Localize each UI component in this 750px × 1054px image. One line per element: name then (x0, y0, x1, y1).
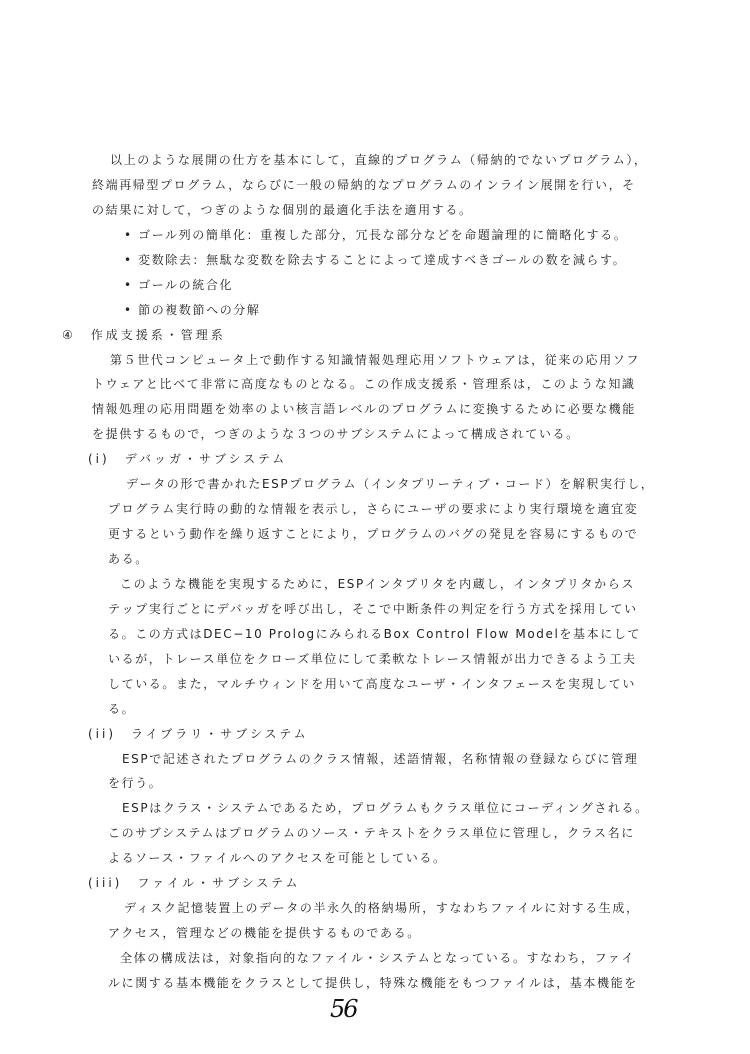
text-line: よるソース・ファイルへのアクセスを可能としている。 (108, 850, 447, 866)
text-line: 第５世代コンピュータ上で動作する知識情報処理応用ソフトウェアは，従来の応用ソフ (110, 352, 640, 368)
text-line: ルに関する基本機能をクラスとして提供し，特殊な機能をもつファイルは，基本機能を (108, 975, 638, 991)
section-heading: (iii) ファイル・サブシステム (88, 875, 300, 891)
text-line: 全体の構成法は，対象指向的なファイル・システムとなっている。すなわち，ファイ (120, 950, 635, 966)
text-line: プログラム実行時の動的な情報を表示し，さらにユーザの要求により実行環境を適宜変 (108, 501, 638, 517)
document-page: 以上のような展開の仕方を基本にして，直線的プログラム（帰納的でないプログラム），… (0, 0, 750, 1054)
text-line: る。この方式はDEC−10 PrologにみられるBox Control Flo… (108, 626, 641, 642)
text-line: データの形で書かれたESPプログラム（インタプリーティブ・コード）を解釈実行し， (126, 476, 654, 492)
section-heading: ④ 作成支援系・管理系 (62, 327, 226, 343)
text-line: ESPで記述されたプログラムのクラス情報，述語情報，名称情報の登録ならびに管理 (122, 751, 638, 767)
text-line: いるが，トレース単位をクローズ単位にして柔軟なトレース情報が出力できるよう工夫 (108, 651, 637, 667)
text-line: • ゴール列の簡単化：重複した部分，冗長な部分などを命題論理的に簡略化する。 (124, 227, 627, 243)
text-line: テップ実行ごとにデバッガを呼び出し，そこで中断条件の判定を行う方式を採用してい (108, 601, 638, 617)
text-line: 以上のような展開の仕方を基本にして，直線的プログラム（帰納的でないプログラム）， (110, 152, 648, 168)
text-line: を行う。 (108, 775, 162, 791)
text-line: 終端再帰型プログラム，ならびに一般の帰納的なプログラムのインライン展開を行い，そ (92, 177, 636, 193)
text-line: を提供するもので，つぎのような３つのサブシステムによって構成されている。 (92, 426, 580, 442)
section-heading: (ii) ライブラリ・サブシステム (88, 726, 309, 742)
text-line: • ゴールの統合化 (124, 277, 233, 293)
text-line: ある。 (108, 551, 149, 567)
text-line: 情報処理の応用問題を効率のよい核言語レベルのプログラムに変換するために必要な機能 (92, 401, 636, 417)
text-line: 更するという動作を繰り返すことにより，プログラムのバグの発見を容易にするもので (108, 526, 638, 542)
text-line: • 変数除去：無駄な変数を除去することによって達成すべきゴールの数を減らす。 (124, 252, 626, 268)
text-line: • 節の複数節への分解 (124, 302, 261, 318)
text-line: ESPはクラス・システムであるため，プログラムもクラス単位にコーディングされる。 (122, 800, 649, 816)
text-line: アクセス，管理などの機能を提供するものである。 (108, 925, 421, 941)
page-number: 56 (330, 995, 357, 1023)
text-line: トウェアと比べて非常に高度なものとなる。この作成支援系・管理系は，このような知識 (92, 376, 636, 392)
text-line: る。 (108, 701, 135, 717)
text-line: ディスク記憶装置上のデータの半永久的格納場所，すなわちファイルに対する生成， (124, 900, 640, 916)
text-line: このサブシステムはプログラムのソース・テキストをクラス単位に管理し，クラス名に (108, 825, 635, 841)
text-line: の結果に対して，つぎのような個別的最適化手法を適用する。 (92, 202, 473, 218)
section-heading: (i) デバッガ・サブシステム (88, 451, 287, 467)
text-line: このような機能を実現するために，ESPインタプリタを内蔵し，インタプリタからス (120, 576, 635, 592)
text-line: している。また，マルチウィンドを用いて高度なユーザ・インタフェースを実現してい (108, 676, 636, 692)
